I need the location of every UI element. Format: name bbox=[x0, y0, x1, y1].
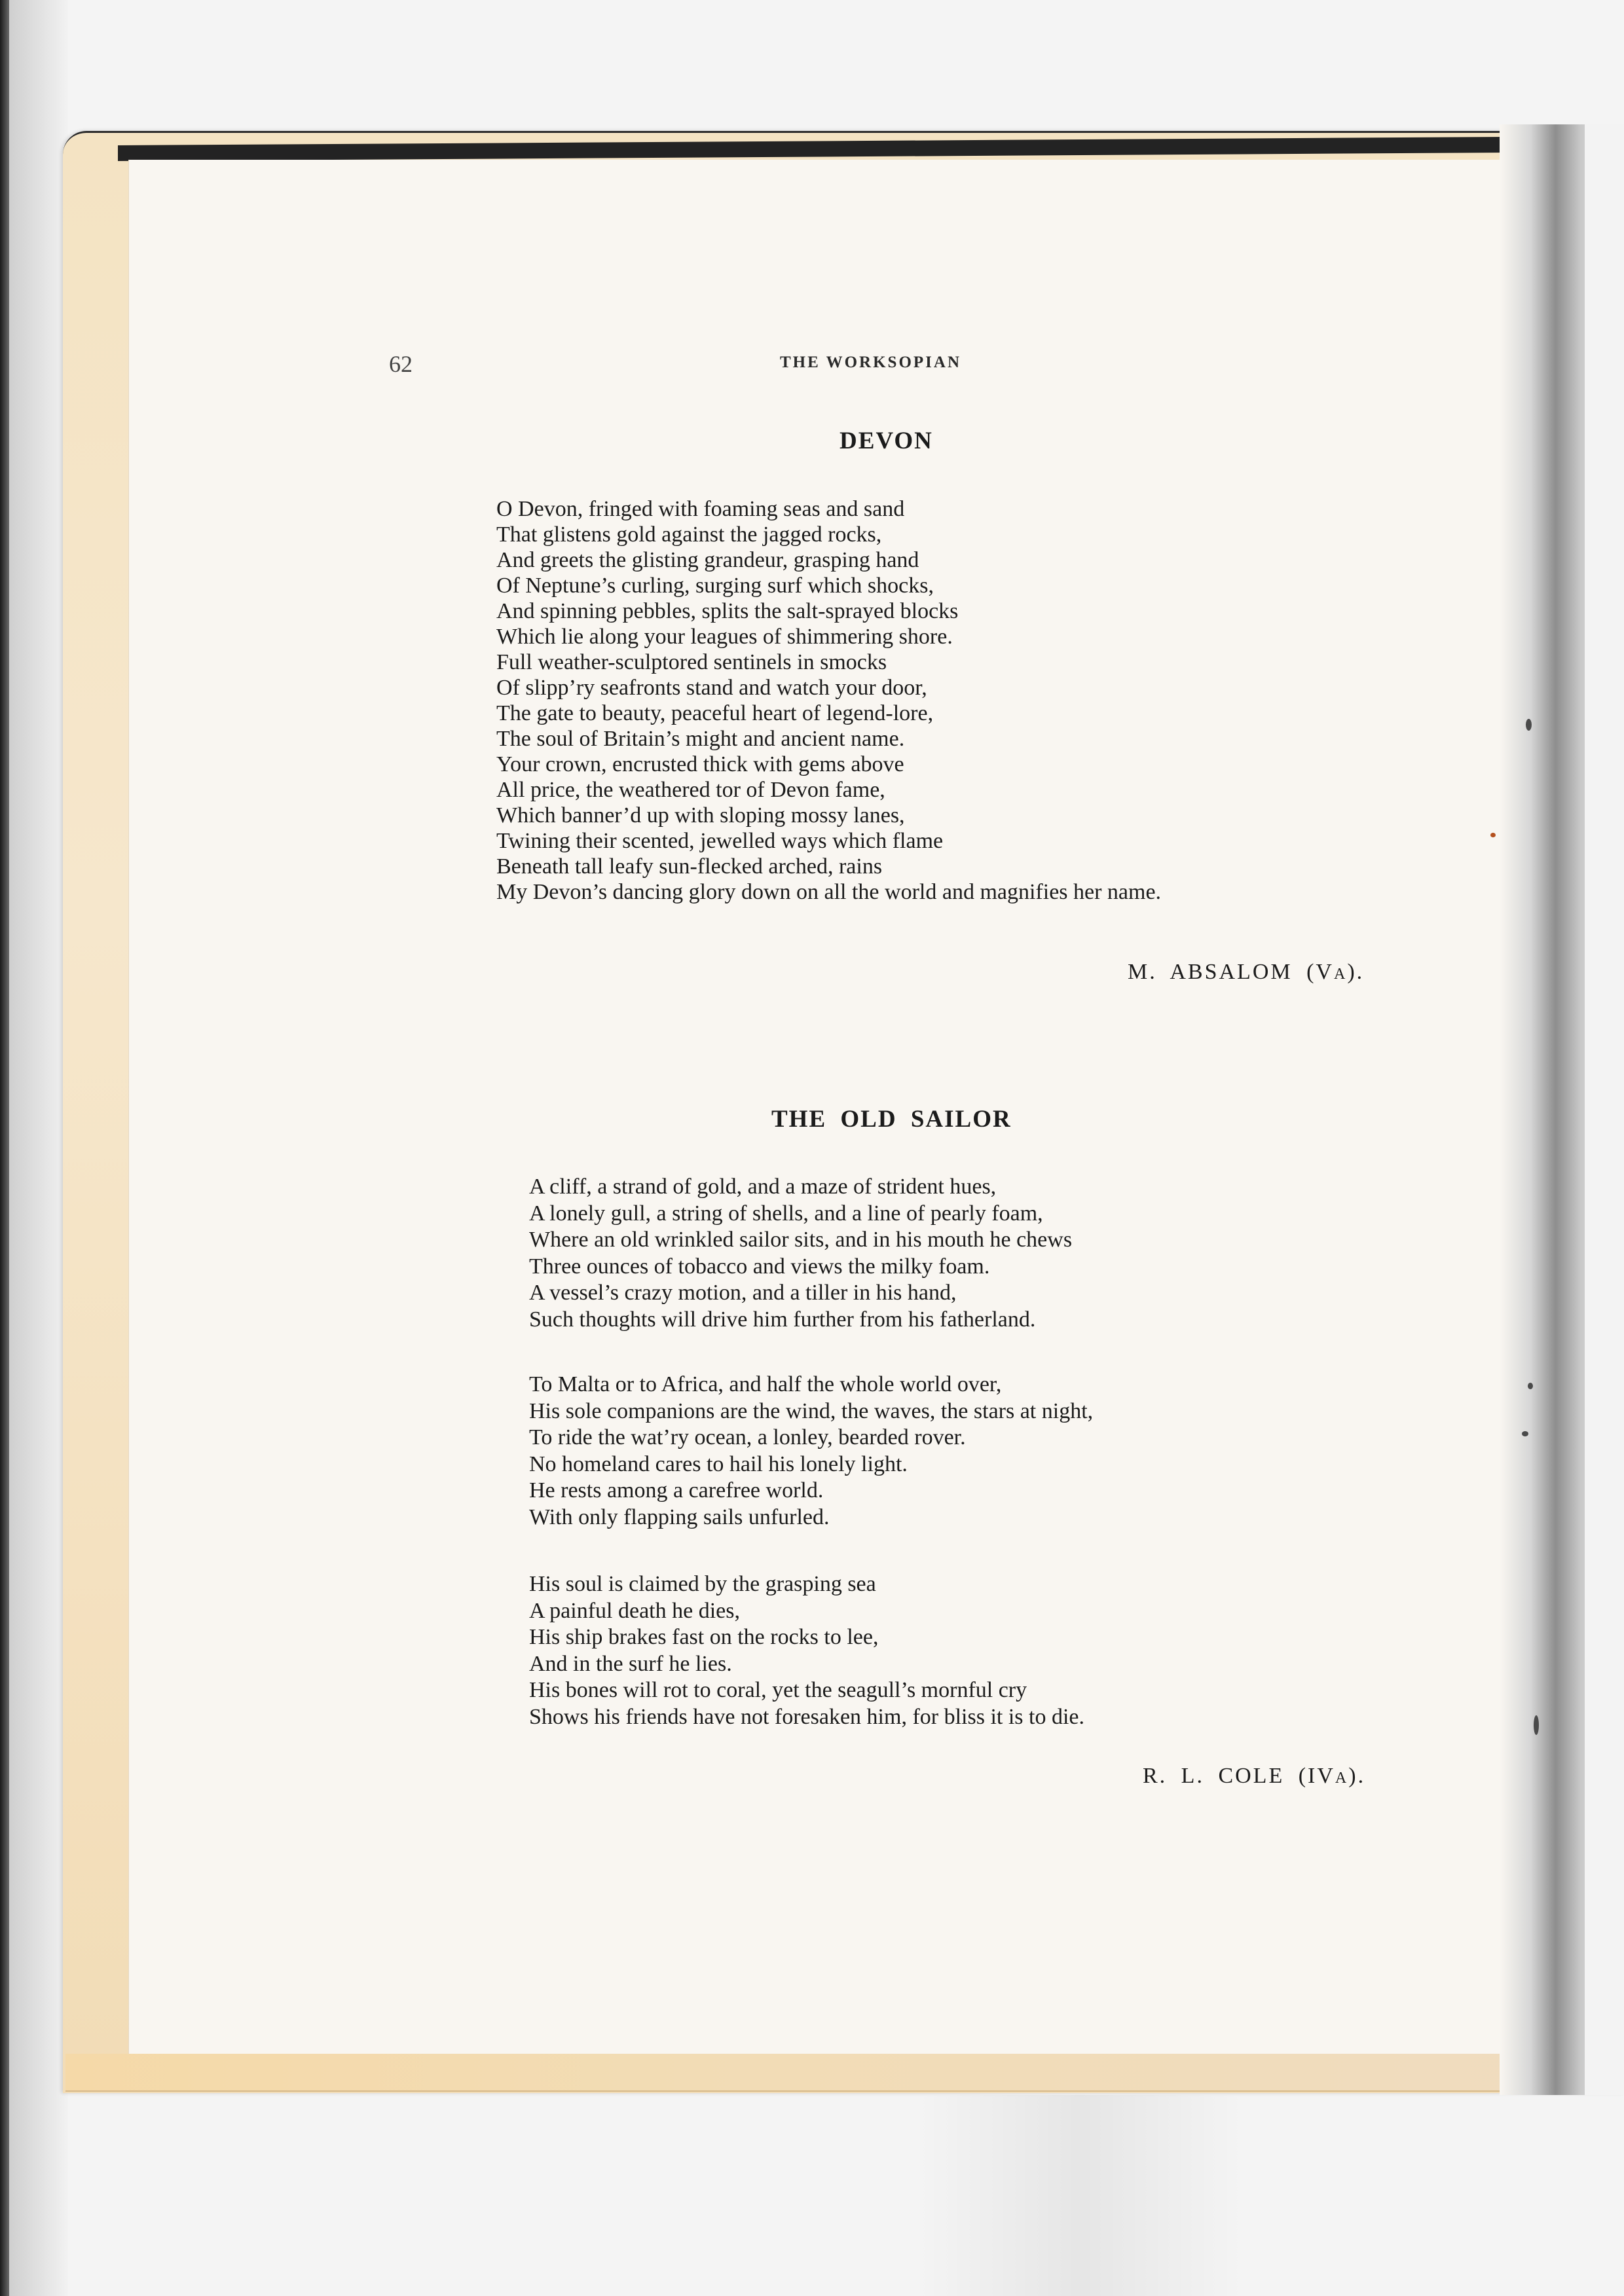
poem-title-devon: DEVON bbox=[840, 427, 933, 455]
poem-line: He rests among a carefree world. bbox=[529, 1478, 1093, 1504]
poem-old-sailor-stanza-2: To Malta or to Africa, and half the whol… bbox=[529, 1372, 1093, 1531]
poem-line: Which lie along your leagues of shimmeri… bbox=[496, 624, 1161, 649]
poem-line: A cliff, a strand of gold, and a maze of… bbox=[529, 1174, 1072, 1201]
author-form-open: (V bbox=[1306, 960, 1334, 984]
author-form: (IVA). bbox=[1299, 1764, 1365, 1788]
poem-line: Twining their scented, jewelled ways whi… bbox=[496, 828, 1161, 854]
author-form-smallcap: A bbox=[1334, 966, 1347, 983]
poem-line: To Malta or to Africa, and half the whol… bbox=[529, 1372, 1093, 1398]
author-form: (VA). bbox=[1306, 960, 1364, 984]
author-signature-cole: R. L. COLE (IVA). bbox=[1143, 1764, 1365, 1789]
poem-line: Shows his friends have not foresaken him… bbox=[529, 1704, 1084, 1731]
poem-line: Beneath tall leafy sun-flecked arched, r… bbox=[496, 854, 1161, 879]
poem-line: And greets the glisting grandeur, graspi… bbox=[496, 547, 1161, 573]
author-form-open: (IV bbox=[1299, 1764, 1335, 1788]
author-form-smallcap: A bbox=[1335, 1770, 1348, 1787]
scanner-edge bbox=[0, 0, 9, 2296]
poem-line: Of Neptune’s curling, surging surf which… bbox=[496, 573, 1161, 598]
poem-line: Such thoughts will drive him further fro… bbox=[529, 1307, 1072, 1334]
poem-line: The soul of Britain’s might and ancient … bbox=[496, 726, 1161, 752]
running-head: THE WORKSOPIAN bbox=[780, 354, 961, 372]
poem-line: Of slipp’ry seafronts stand and watch yo… bbox=[496, 675, 1161, 701]
poem-line: O Devon, fringed with foaming seas and s… bbox=[496, 496, 1161, 522]
paper-speck bbox=[1526, 719, 1532, 731]
poem-line: His sole companions are the wind, the wa… bbox=[529, 1398, 1093, 1425]
paper-speck bbox=[1534, 1715, 1539, 1735]
scanner-background bbox=[9, 0, 68, 2296]
author-signature-absalom: M. ABSALOM (VA). bbox=[1128, 960, 1364, 985]
poem-line: Where an old wrinkled sailor sits, and i… bbox=[529, 1227, 1072, 1254]
poem-line: His bones will rot to coral, yet the sea… bbox=[529, 1677, 1084, 1704]
poem-line: And spinning pebbles, splits the salt-sp… bbox=[496, 598, 1161, 624]
poem-line: No homeland cares to hail his lonely lig… bbox=[529, 1451, 1093, 1478]
author-name: M. ABSALOM bbox=[1128, 960, 1293, 984]
poem-line: A vessel’s crazy motion, and a tiller in… bbox=[529, 1280, 1072, 1307]
background-shadow bbox=[917, 2095, 1244, 2296]
poem-line: Which banner’d up with sloping mossy lan… bbox=[496, 803, 1161, 828]
paper-speck bbox=[1522, 1431, 1528, 1436]
poem-old-sailor-stanza-1: A cliff, a strand of gold, and a maze of… bbox=[529, 1174, 1072, 1333]
poem-line: That glistens gold against the jagged ro… bbox=[496, 522, 1161, 547]
paper-speck bbox=[1490, 833, 1496, 837]
poem-line: My Devon’s dancing glory down on all the… bbox=[496, 879, 1161, 905]
poem-line: His ship brakes fast on the rocks to lee… bbox=[529, 1624, 1084, 1651]
author-form-close: ). bbox=[1348, 1764, 1365, 1788]
poem-title-old-sailor: THE OLD SAILOR bbox=[771, 1105, 1012, 1133]
poem-line: A lonely gull, a string of shells, and a… bbox=[529, 1201, 1072, 1228]
poem-line: His soul is claimed by the grasping sea bbox=[529, 1571, 1084, 1598]
poem-devon-stanza: O Devon, fringed with foaming seas and s… bbox=[496, 496, 1161, 905]
book-cover-bottom-edge bbox=[65, 2054, 1624, 2092]
adjacent-page-edge bbox=[1585, 124, 1624, 2095]
author-name: R. L. COLE bbox=[1143, 1764, 1284, 1788]
poem-line: Your crown, encrusted thick with gems ab… bbox=[496, 752, 1161, 777]
paper-speck bbox=[1528, 1383, 1533, 1389]
poem-line: Three ounces of tobacco and views the mi… bbox=[529, 1254, 1072, 1281]
author-form-close: ). bbox=[1347, 960, 1364, 984]
poem-line: The gate to beauty, peaceful heart of le… bbox=[496, 701, 1161, 726]
poem-line: All price, the weathered tor of Devon fa… bbox=[496, 777, 1161, 803]
poem-line: To ride the wat’ry ocean, a lonley, bear… bbox=[529, 1425, 1093, 1451]
poem-line: A painful death he dies, bbox=[529, 1598, 1084, 1625]
poem-old-sailor-stanza-3: His soul is claimed by the grasping sea … bbox=[529, 1571, 1084, 1730]
poem-line: And in the surf he lies. bbox=[529, 1651, 1084, 1678]
page-number: 62 bbox=[389, 350, 413, 378]
poem-line: With only flapping sails unfurled. bbox=[529, 1504, 1093, 1531]
poem-line: Full weather-sculptored sentinels in smo… bbox=[496, 649, 1161, 675]
